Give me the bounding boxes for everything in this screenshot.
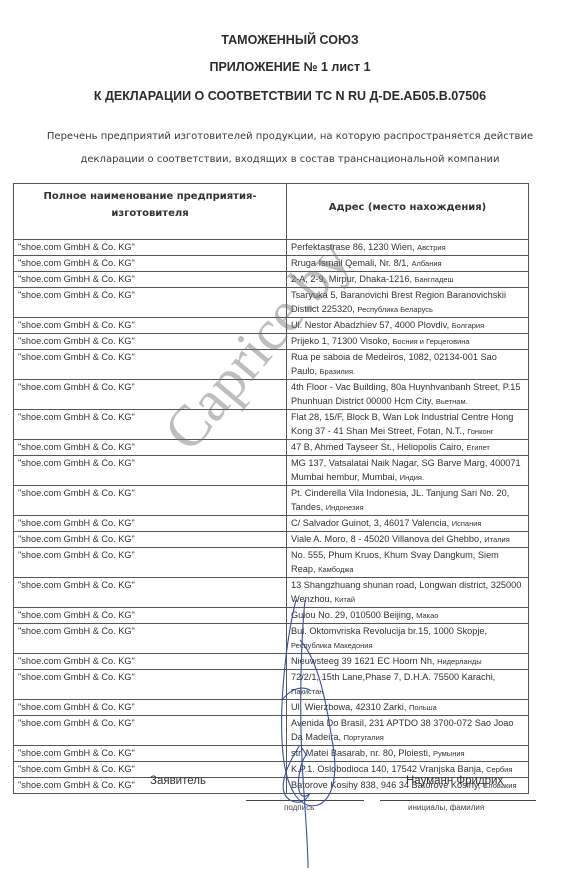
- country-text: Индия.: [400, 473, 424, 482]
- address-text: K.P.1. Oslobodioca 140, 17542 Vranjska B…: [291, 764, 484, 774]
- address-text: str. Matei Basarab, nr. 80, Ploiesti,: [291, 748, 430, 758]
- country-text: Вьетнам.: [436, 397, 468, 406]
- manufacturer-address: Rua pe saboia de Medeiros, 1082, 02134-0…: [287, 350, 529, 380]
- table-row: "shoe.com GmbH & Co. KG"Tsaryuka 5, Bara…: [14, 288, 529, 318]
- manufacturer-name: "shoe.com GmbH & Co. KG": [14, 350, 287, 380]
- address-text: Rruga Ismail Qemali, Nr. 8/1,: [291, 258, 409, 268]
- manufacturer-name: "shoe.com GmbH & Co. KG": [14, 746, 287, 762]
- manufacturer-address: Bul. Oktomvriska Revolucija br.15, 1000 …: [287, 624, 529, 654]
- manufacturer-name: "shoe.com GmbH & Co. KG": [14, 318, 287, 334]
- manufacturer-address: Perfektastrase 86, 1230 Wien, Австрия: [287, 240, 529, 256]
- manufacturer-address: 72/2/1, 15th Lane,Phase 7, D.H.A. 75500 …: [287, 670, 529, 700]
- table-row: "shoe.com GmbH & Co. KG"C/ Salvador Guin…: [14, 516, 529, 532]
- table-row: "shoe.com GmbH & Co. KG"No. 555, Phum Kr…: [14, 548, 529, 578]
- manufacturer-name: "shoe.com GmbH & Co. KG": [14, 240, 287, 256]
- manufacturer-name: "shoe.com GmbH & Co. KG": [14, 288, 287, 318]
- address-text: 47 B, Ahmed Tayseer St., Heliopolis Cair…: [291, 442, 464, 452]
- table-row: "shoe.com GmbH & Co. KG"72/2/1, 15th Lan…: [14, 670, 529, 700]
- manufacturer-name: "shoe.com GmbH & Co. KG": [14, 440, 287, 456]
- address-text: Perfektastrase 86, 1230 Wien,: [291, 242, 415, 252]
- table-row: "shoe.com GmbH & Co. KG"Avenida Do Brasi…: [14, 716, 529, 746]
- manufacturer-name: "shoe.com GmbH & Co. KG": [14, 456, 287, 486]
- manufacturer-name: "shoe.com GmbH & Co. KG": [14, 256, 287, 272]
- table-row: "shoe.com GmbH & Co. KG"47 B, Ahmed Tays…: [14, 440, 529, 456]
- country-text: Болгария: [452, 321, 484, 330]
- manufacturer-address: Flat 28, 15/F, Block B, Wan Lok Industri…: [287, 410, 529, 440]
- address-text: Pt. Cinderella Vila Indonesia, JL. Tanju…: [291, 488, 509, 512]
- manufacturer-address: 4th Floor - Vac Building, 80a Huynhvanba…: [287, 380, 529, 410]
- table-row: "shoe.com GmbH & Co. KG"4th Floor - Vac …: [14, 380, 529, 410]
- address-text: 72/2/1, 15th Lane,Phase 7, D.H.A. 75500 …: [291, 672, 495, 682]
- address-text: Viale A. Moro, 8 - 45020 Villanova del G…: [291, 534, 482, 544]
- country-text: Бразилия.: [320, 367, 356, 376]
- address-text: Ul. Wierzbowa, 42310 Zarki,: [291, 702, 406, 712]
- table-row: "shoe.com GmbH & Co. KG"Gulou No. 29, 01…: [14, 608, 529, 624]
- manufacturer-address: Ul. Wierzbowa, 42310 Zarki, Польша: [287, 700, 529, 716]
- table-row: "shoe.com GmbH & Co. KG"str. Matei Basar…: [14, 746, 529, 762]
- manufacturer-name: "shoe.com GmbH & Co. KG": [14, 410, 287, 440]
- country-text: Пакистан: [291, 687, 323, 696]
- declaration-title: К ДЕКЛАРАЦИИ О СООТВЕТСТВИИ ТС N RU Д-DE…: [0, 89, 580, 103]
- manufacturer-name: "shoe.com GmbH & Co. KG": [14, 380, 287, 410]
- address-text: Ul. Nestor Abadzhiev 57, 4000 Plovdiv,: [291, 320, 449, 330]
- subtitle-line-1: Перечень предприятий изготовителей проду…: [0, 131, 580, 142]
- table-row: "shoe.com GmbH & Co. KG"MG 137, Vatsalat…: [14, 456, 529, 486]
- manufacturer-address: 47 B, Ahmed Tayseer St., Heliopolis Cair…: [287, 440, 529, 456]
- manufacturer-address: 2-A, 2-9, Mirpur, Dhaka-1216, Бангладеш: [287, 272, 529, 288]
- country-text: Сербия: [486, 765, 512, 774]
- column-header-address: Адрес (место нахождения): [287, 184, 529, 240]
- country-text: Китай: [335, 595, 355, 604]
- table-row: "shoe.com GmbH & Co. KG"Bul. Oktomvriska…: [14, 624, 529, 654]
- applicant-label: Заявитель: [150, 775, 206, 787]
- country-text: Босния и Герцеговина: [392, 337, 469, 346]
- manufacturer-address: 13 Shangzhuang shunan road, Longwan dist…: [287, 578, 529, 608]
- country-text: Италия: [484, 535, 510, 544]
- table-row: "shoe.com GmbH & Co. KG"Flat 28, 15/F, B…: [14, 410, 529, 440]
- country-text: Бангладеш: [415, 275, 454, 284]
- manufacturer-name: "shoe.com GmbH & Co. KG": [14, 608, 287, 624]
- union-title: ТАМОЖЕННЫЙ СОЮЗ: [0, 33, 580, 47]
- table-row: "shoe.com GmbH & Co. KG"Rua pe saboia de…: [14, 350, 529, 380]
- appendix-title: ПРИЛОЖЕНИЕ № 1 лист 1: [0, 60, 580, 74]
- manufacturer-name: "shoe.com GmbH & Co. KG": [14, 334, 287, 350]
- signature-line: [246, 800, 364, 801]
- table-row: "shoe.com GmbH & Co. KG"Ul. Nestor Abadz…: [14, 318, 529, 334]
- country-text: Португалия: [344, 733, 384, 742]
- manufacturer-address: C/ Salvador Guinot, 3, 46017 Valencia, И…: [287, 516, 529, 532]
- manufacturer-name: "shoe.com GmbH & Co. KG": [14, 654, 287, 670]
- country-text: Румыния: [433, 749, 465, 758]
- manufacturer-address: Pt. Cinderella Vila Indonesia, JL. Tanju…: [287, 486, 529, 516]
- country-text: Гонконг: [467, 427, 493, 436]
- manufacturer-address: MG 137, Vatsalatai Naik Nagar, SG Barve …: [287, 456, 529, 486]
- manufacturer-name: "shoe.com GmbH & Co. KG": [14, 272, 287, 288]
- country-text: Испания: [452, 519, 482, 528]
- manufacturer-address: Viale A. Moro, 8 - 45020 Villanova del G…: [287, 532, 529, 548]
- table-row: "shoe.com GmbH & Co. KG"13 Shangzhuang s…: [14, 578, 529, 608]
- address-text: Bul. Oktomvriska Revolucija br.15, 1000 …: [291, 626, 487, 636]
- address-text: C/ Salvador Guinot, 3, 46017 Valencia,: [291, 518, 449, 528]
- manufacturer-name: "shoe.com GmbH & Co. KG": [14, 532, 287, 548]
- manufacturer-address: Prijeko 1, 71300 Visoko, Босния и Герцег…: [287, 334, 529, 350]
- country-text: Макао: [416, 611, 438, 620]
- table-row: "shoe.com GmbH & Co. KG"Nieuwsteeg 39 16…: [14, 654, 529, 670]
- table-body: "shoe.com GmbH & Co. KG"Perfektastrase 8…: [14, 240, 529, 794]
- table-row: "shoe.com GmbH & Co. KG"Ul. Wierzbowa, 4…: [14, 700, 529, 716]
- table-row: "shoe.com GmbH & Co. KG"Viale A. Moro, 8…: [14, 532, 529, 548]
- manufacturer-name: "shoe.com GmbH & Co. KG": [14, 486, 287, 516]
- address-text: Avenida Do Brasil, 231 APTDO 38 3700-072…: [291, 718, 514, 742]
- column-header-name: Полное наименование предприятия-изготови…: [14, 184, 287, 240]
- manufacturer-address: Ul. Nestor Abadzhiev 57, 4000 Plovdiv, Б…: [287, 318, 529, 334]
- subtitle-line-2: декларации о соответствии, входящих в со…: [0, 154, 580, 165]
- country-text: Республика Македония: [291, 641, 373, 650]
- name-line: [380, 800, 536, 801]
- address-text: 4th Floor - Vac Building, 80a Huynhvanba…: [291, 382, 521, 406]
- name-caption: инициалы, фамилия: [408, 803, 484, 812]
- manufacturer-name: "shoe.com GmbH & Co. KG": [14, 548, 287, 578]
- table-row: "shoe.com GmbH & Co. KG"Rruga Ismail Qem…: [14, 256, 529, 272]
- country-text: Албания: [412, 259, 442, 268]
- table-row: "shoe.com GmbH & Co. KG"Prijeko 1, 71300…: [14, 334, 529, 350]
- manufacturer-address: Tsaryuka 5, Baranovichi Brest Region Bar…: [287, 288, 529, 318]
- manufacturer-address: Nieuwsteeg 39 1621 EC Hoorn Nh, Нидерлан…: [287, 654, 529, 670]
- manufacturer-name: "shoe.com GmbH & Co. KG": [14, 624, 287, 654]
- address-text: Gulou No. 29, 010500 Beijing,: [291, 610, 414, 620]
- country-text: Камбоджа: [318, 565, 353, 574]
- manufacturer-address: str. Matei Basarab, nr. 80, Ploiesti, Ру…: [287, 746, 529, 762]
- manufacturer-name: "shoe.com GmbH & Co. KG": [14, 716, 287, 746]
- address-text: 2-A, 2-9, Mirpur, Dhaka-1216,: [291, 274, 412, 284]
- address-text: 13 Shangzhuang shunan road, Longwan dist…: [291, 580, 521, 604]
- manufacturer-address: No. 555, Phum Kruos, Khum Svay Dangkum, …: [287, 548, 529, 578]
- table-row: "shoe.com GmbH & Co. KG"2-A, 2-9, Mirpur…: [14, 272, 529, 288]
- manufacturer-name: "shoe.com GmbH & Co. KG": [14, 578, 287, 608]
- manufacturer-address: Avenida Do Brasil, 231 APTDO 38 3700-072…: [287, 716, 529, 746]
- manufacturer-name: "shoe.com GmbH & Co. KG": [14, 516, 287, 532]
- table-row: "shoe.com GmbH & Co. KG"Pt. Cinderella V…: [14, 486, 529, 516]
- country-text: Нидерланды: [437, 657, 482, 666]
- address-text: Nieuwsteeg 39 1621 EC Hoorn Nh,: [291, 656, 435, 666]
- country-text: Республика Беларусь: [357, 305, 433, 314]
- country-text: Австрия: [417, 243, 446, 252]
- signatory-name: Науманн Фридрих: [406, 775, 503, 787]
- country-text: Египет: [467, 443, 490, 452]
- table-row: "shoe.com GmbH & Co. KG"Perfektastrase 8…: [14, 240, 529, 256]
- manufacturer-address: Gulou No. 29, 010500 Beijing, Макао: [287, 608, 529, 624]
- signature-caption: подпись: [284, 803, 314, 812]
- table-header-row: Полное наименование предприятия-изготови…: [14, 184, 529, 240]
- manufacturer-address: Rruga Ismail Qemali, Nr. 8/1, Албания: [287, 256, 529, 272]
- country-text: Индонезия: [326, 503, 364, 512]
- manufacturers-table: Полное наименование предприятия-изготови…: [13, 183, 529, 794]
- country-text: Польша: [409, 703, 437, 712]
- manufacturer-name: "shoe.com GmbH & Co. KG": [14, 670, 287, 700]
- address-text: Prijeko 1, 71300 Visoko,: [291, 336, 390, 346]
- manufacturer-name: "shoe.com GmbH & Co. KG": [14, 700, 287, 716]
